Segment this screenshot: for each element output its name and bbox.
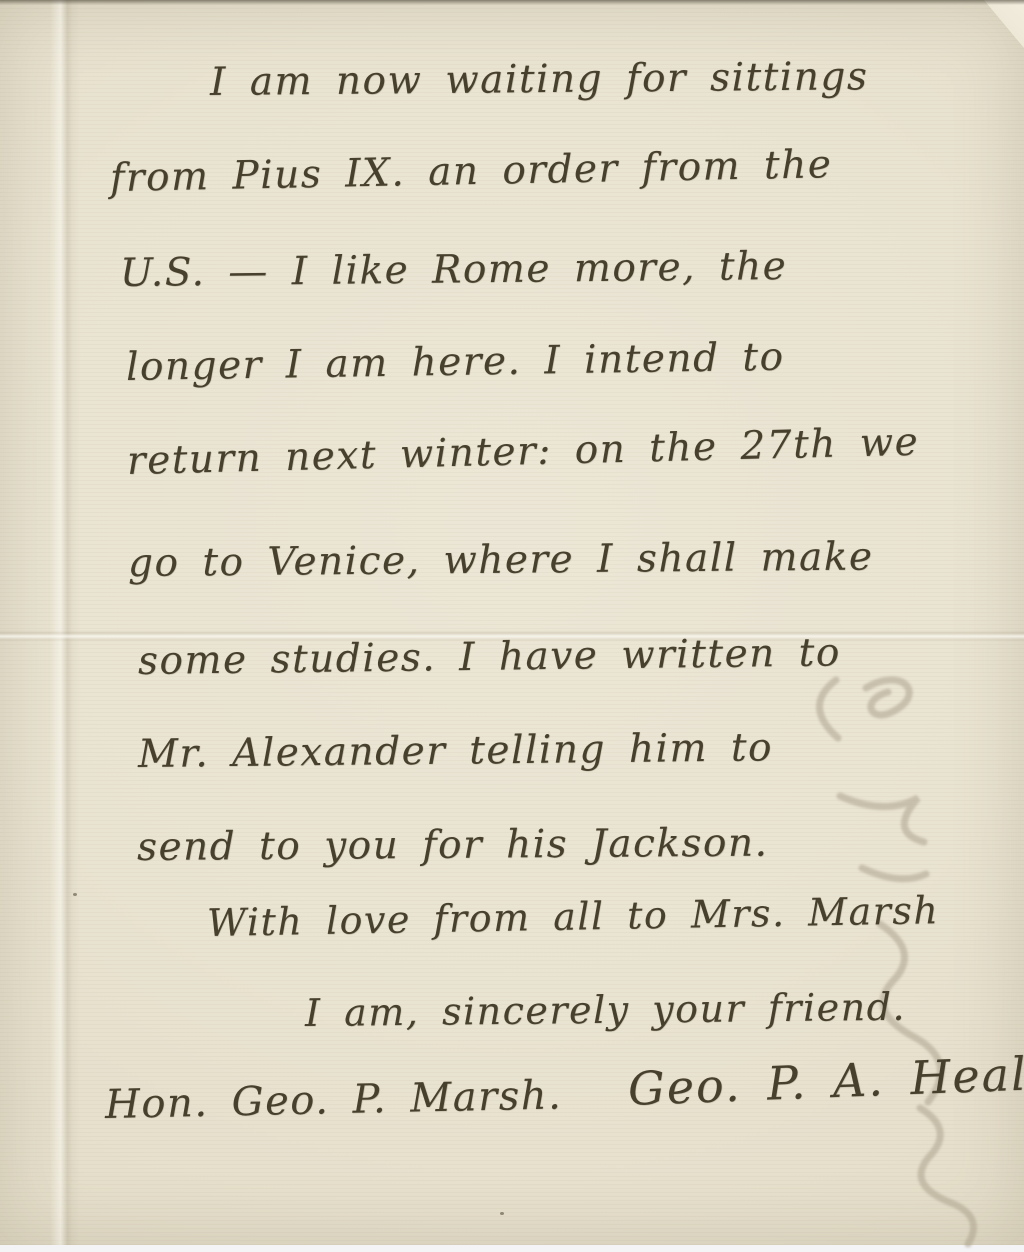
ink-speck — [73, 893, 77, 896]
letter-line: some studies. I have written to — [138, 630, 841, 684]
valediction-line: I am, sincerely your friend. — [305, 985, 906, 1035]
letter-scan: I am now waiting for sittings from Pius … — [0, 0, 1024, 1252]
pencil-ghost-marks — [770, 628, 1010, 1248]
letter-line: Mr. Alexander telling him to — [138, 725, 773, 777]
letter-line: send to you for his Jackson. — [137, 821, 769, 870]
letter-line: U.S. — I like Rome more, the — [120, 244, 788, 296]
ink-speck — [500, 1212, 504, 1215]
letter-line: go to Venice, where I shall make — [128, 534, 874, 586]
fold-crease-vertical — [50, 0, 80, 1245]
letter-line: I am now waiting for sittings — [210, 54, 869, 105]
addressee-line: Hon. Geo. P. Marsh. — [105, 1072, 563, 1128]
scan-edge-top — [0, 0, 1024, 5]
